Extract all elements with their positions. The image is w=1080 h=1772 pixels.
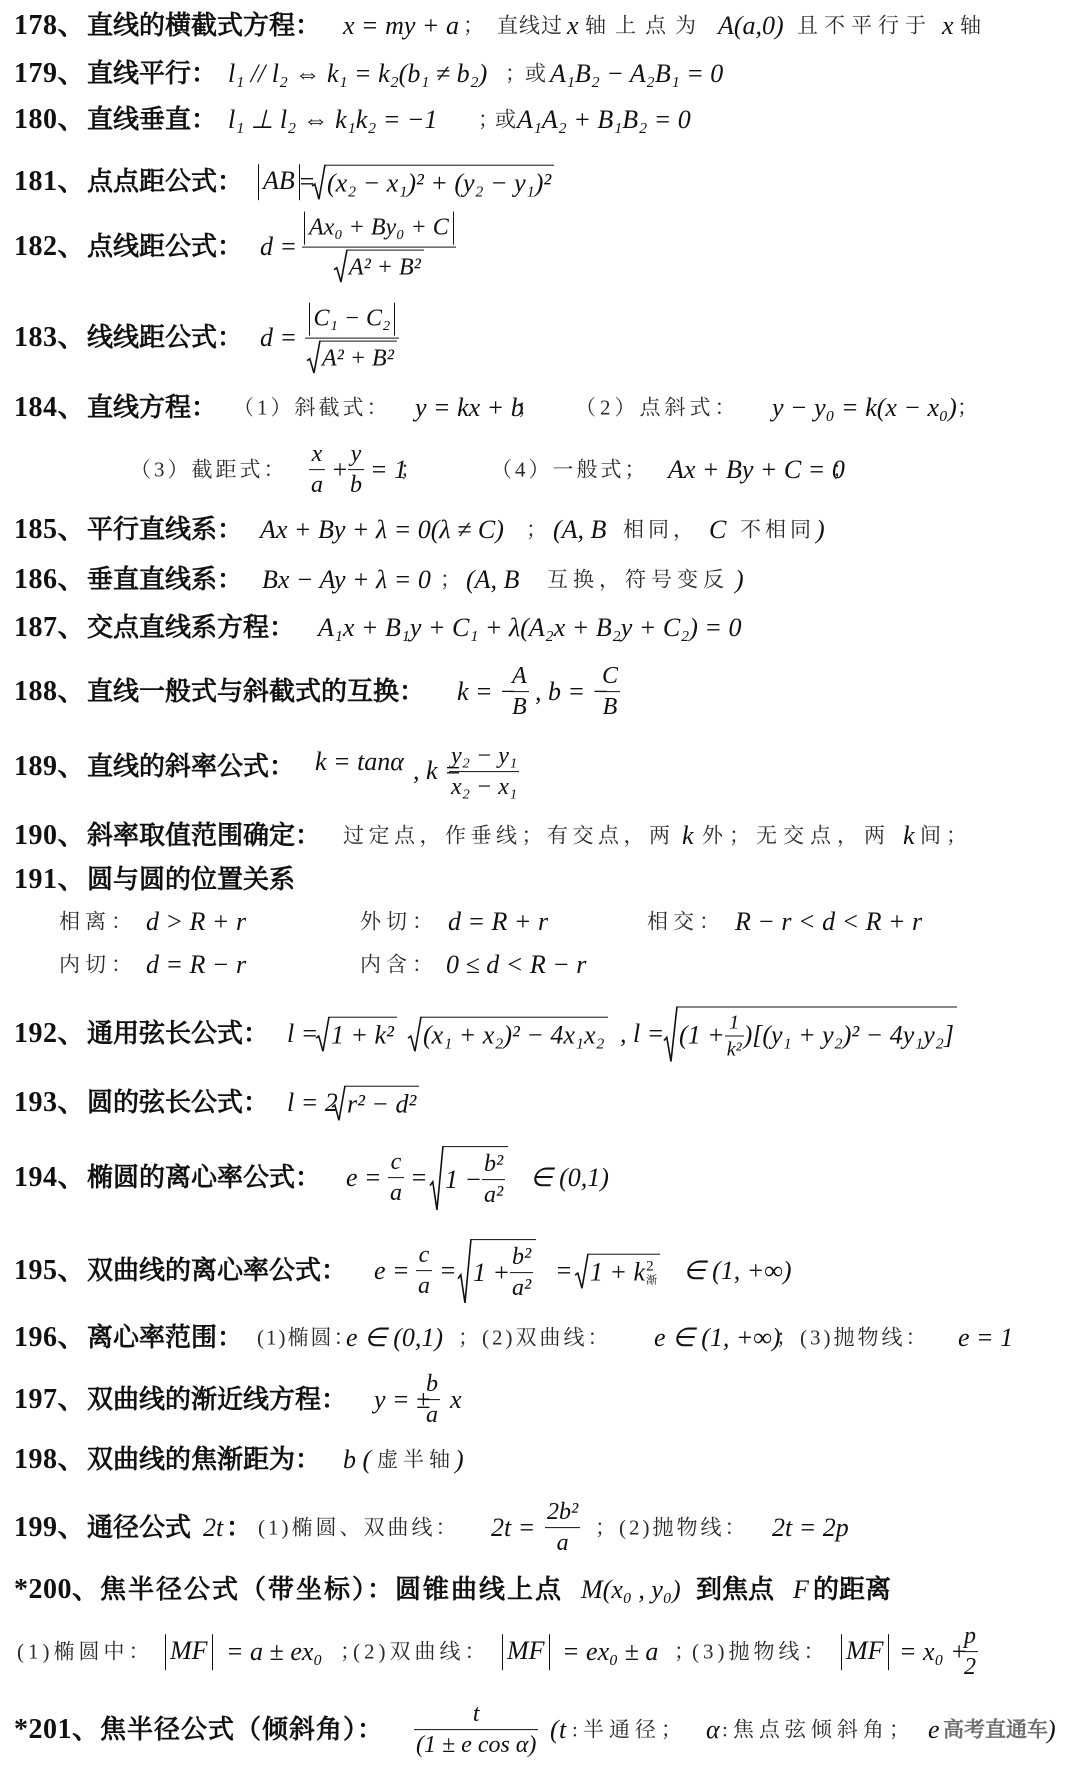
- square-root: 1 − b² a²: [430, 1146, 508, 1210]
- fraction-denominator: x₂ − x₁: [449, 775, 519, 801]
- absolute-value: AB: [258, 164, 300, 200]
- relation-expression: d = R + r: [448, 909, 548, 935]
- math-expression: x: [450, 1387, 462, 1413]
- formula-label: 垂直直线系：: [87, 567, 243, 593]
- fraction-numerator: x: [310, 441, 325, 467]
- text-note: 不相同: [740, 520, 815, 541]
- fraction-bar: [962, 1652, 978, 1653]
- formula-label: 斜率取值范围确定：: [87, 823, 321, 849]
- watermark: 高考直通车: [943, 1720, 1048, 1741]
- fraction: x a: [309, 441, 325, 499]
- math-operator: =: [439, 1258, 457, 1284]
- radicand: A² + B²: [347, 250, 424, 282]
- fraction-denominator: a: [416, 1274, 432, 1300]
- fraction: p 2: [962, 1623, 978, 1681]
- text-note: (1)椭圆中：: [17, 1642, 154, 1663]
- text-note: 间；: [920, 826, 972, 847]
- fraction-denominator: a²: [482, 1183, 505, 1209]
- formula-number: 183、: [14, 324, 86, 352]
- math-expression: e ∈ (1, +∞): [654, 1325, 781, 1351]
- fraction-bar: [302, 247, 456, 248]
- radicand: 1 + b² a²: [471, 1239, 536, 1303]
- math-operator: +: [331, 457, 349, 483]
- fraction-bar: [424, 1400, 440, 1401]
- formula-number: 188、: [14, 678, 86, 706]
- square-root: (1 + 1 k² )[(y₁ + y₂)² − 4y₁y₂]: [664, 1007, 957, 1062]
- math-expression: 2t = 2p: [772, 1515, 849, 1541]
- fraction-numerator: b²: [510, 1244, 533, 1270]
- fraction-bar: [600, 692, 620, 693]
- math-expression: e =: [346, 1165, 382, 1191]
- radicand: (x₂ − x₁)² + (y₂ − y₁)²: [325, 165, 554, 200]
- relation-name: 外切：: [360, 912, 438, 933]
- text-note: 外；无交点，两: [702, 826, 891, 847]
- fraction-denominator: a: [309, 473, 325, 499]
- fraction-bar: [414, 1730, 538, 1731]
- text-note: 轴上点为: [585, 16, 705, 37]
- fraction-bar: [348, 470, 364, 471]
- absolute-value: MF: [502, 1634, 550, 1670]
- fraction: c a: [388, 1149, 404, 1207]
- math-expression: y = kx + b: [415, 395, 524, 421]
- math-expression: e =: [374, 1258, 410, 1284]
- math-expression: 2t =: [491, 1515, 535, 1541]
- math-expression: Ax + By + C = 0: [668, 457, 845, 483]
- fraction: t (1 ± e cos α): [414, 1701, 538, 1759]
- fraction-numerator: b²: [482, 1151, 505, 1177]
- radicand: 1 − b² a²: [443, 1146, 508, 1210]
- fraction-denominator: a: [555, 1531, 571, 1557]
- absolute-value: Ax₀ + By₀ + C: [304, 212, 454, 245]
- formula-number: 184、: [14, 394, 86, 422]
- text-note: 且不平行于: [797, 16, 932, 37]
- text-note: :半通径；: [572, 1720, 687, 1741]
- formula-label: 焦半径公式（倾斜角）：: [100, 1717, 384, 1743]
- radical-sign-icon: [408, 1017, 421, 1052]
- math-operator: =: [555, 1258, 573, 1284]
- radical-sign-icon: [316, 1017, 329, 1052]
- formula-number: 199、: [14, 1514, 86, 1542]
- math-expression: )[(y₁ + y₂)² − 4y₁y₂]: [744, 1022, 954, 1051]
- math-expression: l₁ // l₂ ⇔ k₁ = k₂(b₁ ≠ b₂): [228, 61, 487, 87]
- math-expression: l =: [287, 1021, 318, 1047]
- fraction-numerator: y₂ − y₁: [449, 743, 519, 769]
- math-expression: M(x₀ , y₀): [581, 1577, 681, 1603]
- fraction-denominator: A² + B²: [332, 250, 426, 282]
- relation-name: 内切：: [59, 955, 137, 976]
- fraction-numerator: y: [349, 441, 364, 467]
- formula-label: 线线距公式：: [87, 325, 243, 351]
- fraction: y₂ − y₁ x₂ − x₁: [449, 743, 519, 801]
- text-note: ；: [957, 398, 983, 419]
- formula-label: 直线的横截式方程：: [87, 13, 321, 39]
- text-note: (1)椭圆、双曲线：: [258, 1518, 460, 1539]
- text-note: 虚半轴: [377, 1450, 455, 1471]
- text-note: 过定点，作垂线；有交点，两: [343, 826, 675, 847]
- math-expression: (1 +: [679, 1022, 725, 1051]
- fraction-numerator: Ax₀ + By₀ + C: [302, 212, 456, 245]
- text-note: （2）点斜式：: [575, 398, 740, 419]
- math-expression: = ex₀ ± a: [562, 1639, 658, 1665]
- formula-label: 双曲线的焦渐距为：: [87, 1447, 321, 1473]
- math-expression: k: [682, 823, 694, 849]
- math-expression: A₁x + B₁y + C₁ + λ(A₂x + B₂y + C₂) = 0: [318, 615, 741, 641]
- square-root: r² − d²: [332, 1086, 419, 1121]
- formula-number: 198、: [14, 1446, 86, 1474]
- formula-label: 直线的斜率公式：: [87, 754, 295, 780]
- math-expression: d =: [260, 234, 297, 260]
- formula-number: *200、: [14, 1576, 101, 1604]
- absolute-value: C₁ − C₂: [309, 303, 396, 336]
- fraction: C₁ − C₂ A² + B²: [305, 303, 399, 374]
- fraction-denominator: a²: [510, 1276, 533, 1302]
- math-expression: e: [928, 1717, 940, 1743]
- fraction-bar: [449, 772, 519, 773]
- formula-number: 192、: [14, 1020, 86, 1048]
- fraction-numerator: b: [424, 1371, 440, 1397]
- text-note: 轴: [960, 16, 986, 37]
- formula-number: 196、: [14, 1324, 86, 1352]
- math-expression: C: [709, 517, 726, 543]
- formula-number: 182、: [14, 233, 86, 261]
- fraction-denominator: A² + B²: [305, 341, 399, 373]
- math-expression: = a ± ex₀: [226, 1639, 322, 1665]
- text-note: ；: [517, 398, 543, 419]
- radicand: (x₁ + x₂)² − 4x₁x₂: [421, 1017, 608, 1052]
- math-expression: (A, B: [466, 567, 519, 593]
- math-expression: b (: [343, 1447, 371, 1473]
- relation-name: 相离：: [59, 912, 137, 933]
- square-root: A² + B²: [334, 250, 424, 282]
- fraction-denominator: (1 ± e cos α): [414, 1733, 538, 1759]
- text-note: ；: [440, 570, 466, 591]
- formula-label: 直线一般式与斜截式的互换：: [87, 679, 425, 705]
- math-expression: ): [816, 517, 825, 543]
- formula-label: 点点距公式：: [87, 169, 243, 195]
- fraction-denominator: k²: [725, 1039, 744, 1061]
- fraction: 1 k²: [725, 1012, 744, 1061]
- text-note: (1)椭圆：: [257, 1328, 357, 1349]
- fraction-denominator: B: [601, 695, 620, 721]
- fraction-numerator: p: [962, 1623, 978, 1649]
- square-root: 1 + k 2 渐: [575, 1254, 660, 1289]
- formula-label: 双曲线的离心率公式：: [87, 1258, 347, 1284]
- text-note: 相同，: [623, 520, 698, 541]
- math-expression: ): [455, 1447, 464, 1473]
- math-expression: A₁A₂ + B₁B₂ = 0: [517, 107, 691, 133]
- formula-label: 圆的弦长公式：: [87, 1090, 269, 1116]
- radical-sign-icon: [458, 1239, 471, 1303]
- formula-number: 197、: [14, 1386, 86, 1414]
- fraction-numerator: c: [417, 1242, 432, 1268]
- relation-expression: 0 ≤ d < R − r: [446, 952, 586, 978]
- fraction-denominator: a: [388, 1181, 404, 1207]
- math-expression: e ∈ (0,1): [346, 1325, 443, 1351]
- square-root: (x₁ + x₂)² − 4x₁x₂: [408, 1017, 608, 1052]
- fraction-numerator: C: [600, 663, 620, 689]
- formula-label: 离心率范围：: [87, 1325, 243, 1351]
- fraction: C B: [600, 663, 620, 721]
- text-note: (2)双曲线：: [353, 1642, 490, 1663]
- formula-number: *201、: [14, 1716, 101, 1744]
- radical-sign-icon: [430, 1146, 443, 1210]
- math-expression: Ax + By + λ = 0(λ ≠ C): [260, 517, 504, 543]
- text-note: （4）一般式；: [491, 460, 649, 481]
- math-expression: d =: [260, 325, 297, 351]
- math-expression: k: [903, 823, 915, 849]
- math-expression: , b = −: [535, 679, 609, 705]
- formula-label: 双曲线的渐近线方程：: [87, 1387, 347, 1413]
- fraction-denominator: b: [348, 473, 364, 499]
- fraction-bar: [309, 470, 325, 471]
- radical-sign-icon: [312, 165, 325, 200]
- formula-label: 直线平行：: [87, 61, 217, 87]
- fraction-numerator: c: [389, 1149, 404, 1175]
- relation-name: 内含：: [360, 955, 438, 976]
- square-root: (x₂ − x₁)² + (y₂ − y₁)²: [312, 165, 554, 200]
- radicand: r² − d²: [345, 1086, 419, 1121]
- formula-number: 190、: [14, 822, 86, 850]
- absolute-value: MF: [841, 1634, 889, 1670]
- fraction-bar: [388, 1178, 404, 1179]
- radical-sign-icon: [334, 250, 347, 282]
- radical-sign-icon: [664, 1007, 677, 1062]
- math-expression: Bx − Ay + λ = 0: [262, 567, 431, 593]
- math-expression: x: [567, 13, 579, 39]
- formula-label: 平行直线系：: [87, 517, 243, 543]
- radical-sign-icon: [332, 1086, 345, 1121]
- radical-sign-icon: [575, 1254, 588, 1289]
- math-expression: F: [793, 1577, 809, 1603]
- fraction-bar: [725, 1036, 744, 1037]
- relation-expression: d = R − r: [146, 952, 246, 978]
- math-expression: k = tanα: [315, 749, 404, 775]
- math-expression: 1 +: [473, 1259, 510, 1288]
- formula-label: 焦半径公式（带坐标）：圆锥曲线上点: [100, 1577, 563, 1603]
- math-expression: t: [559, 1717, 566, 1743]
- relation-expression: R − r < d < R + r: [735, 909, 922, 935]
- formula-label: 圆与圆的位置关系: [87, 867, 295, 893]
- math-expression: y = ±: [374, 1387, 430, 1413]
- math-expression: x: [942, 13, 954, 39]
- superscript: 2: [646, 1260, 657, 1275]
- square-root: 1 + k²: [316, 1017, 397, 1052]
- text-note: ；: [526, 520, 552, 541]
- square-root: 1 + b² a²: [458, 1239, 536, 1303]
- fraction-bar: [510, 692, 529, 693]
- math-expression: 1 + k: [590, 1259, 645, 1288]
- radicand: A² + B²: [320, 341, 397, 373]
- text-note: ；: [400, 460, 426, 481]
- fraction: 2b² a: [545, 1499, 580, 1557]
- math-expression: (: [550, 1717, 559, 1743]
- fraction: y b: [348, 441, 364, 499]
- text-note: ；: [463, 16, 489, 37]
- fraction-bar: [545, 1528, 580, 1529]
- math-expression: e = 1: [958, 1325, 1013, 1351]
- text-note: 或: [525, 64, 551, 85]
- formula-number: 185、: [14, 516, 86, 544]
- math-expression: y − y₀ = k(x − x₀): [772, 395, 957, 421]
- radical-sign-icon: [307, 341, 320, 373]
- formula-number: 186、: [14, 566, 86, 594]
- formula-label: 直线垂直：: [87, 107, 217, 133]
- text-note: ；: [832, 460, 858, 481]
- math-expression: 1 −: [445, 1166, 482, 1195]
- formula-number: 193、: [14, 1089, 86, 1117]
- math-expression: l₁ ⊥ l₂ ⇔ k₁k₂ = −1: [228, 107, 437, 133]
- math-expression: ): [735, 567, 744, 593]
- fraction-numerator: 2b²: [545, 1499, 580, 1525]
- fraction-bar: [482, 1180, 505, 1181]
- formula-label: 交点直线系方程：: [87, 615, 295, 641]
- fraction: b² a²: [510, 1244, 533, 1302]
- formula-label: 椭圆的离心率公式：: [87, 1165, 321, 1191]
- formula-label: 通径公式: [87, 1515, 191, 1541]
- fraction-bar: [416, 1271, 432, 1272]
- sub-superscript: 2 渐: [646, 1260, 657, 1286]
- math-expression: (A, B: [553, 517, 606, 543]
- formula-label: 到焦点: [696, 1577, 774, 1603]
- text-note: ；(3)抛物线：: [776, 1328, 930, 1349]
- radicand: 1 + k 2 渐: [588, 1254, 660, 1289]
- math-expression: x = my + a: [343, 13, 459, 39]
- fraction-numerator: A: [510, 663, 529, 689]
- math-expression: A(a,0): [718, 13, 784, 39]
- formula-number: 178、: [14, 12, 86, 40]
- fraction: b² a²: [482, 1151, 505, 1209]
- formula-number: 187、: [14, 614, 86, 642]
- fraction-denominator: 2: [962, 1655, 978, 1681]
- relation-expression: d > R + r: [146, 909, 246, 935]
- formula-label: 通用弦长公式：: [87, 1021, 269, 1047]
- square-root: A² + B²: [307, 341, 397, 373]
- formula-number: 191、: [14, 866, 86, 894]
- math-expression: , l =: [620, 1021, 664, 1047]
- fraction-bar: [305, 338, 399, 339]
- fraction-denominator: B: [510, 695, 529, 721]
- formula-number: 179、: [14, 60, 86, 88]
- formula-label: 直线方程：: [87, 395, 217, 421]
- math-expression: ∈ (0,1): [530, 1165, 609, 1191]
- formula-number: 180、: [14, 106, 86, 134]
- math-expression: k = −: [457, 679, 517, 705]
- math-expression: α: [706, 1717, 720, 1743]
- formula-label: 点线距公式：: [87, 234, 243, 260]
- formula-number: 189、: [14, 753, 86, 781]
- formula-number: 194、: [14, 1164, 86, 1192]
- relation-name: 相交：: [647, 912, 725, 933]
- text-note: ；(2)抛物线：: [595, 1518, 749, 1539]
- radicand: 1 + k²: [329, 1017, 397, 1052]
- absolute-value: MF: [165, 1634, 213, 1670]
- fraction: A B: [510, 663, 529, 721]
- subscript: 渐: [646, 1275, 657, 1286]
- radicand: (1 + 1 k² )[(y₁ + y₂)² − 4y₁y₂]: [677, 1007, 957, 1062]
- math-operator: =: [410, 1165, 428, 1191]
- formula-number: 195、: [14, 1257, 86, 1285]
- fraction-numerator: 1: [727, 1012, 741, 1034]
- text-note: (3)抛物线：: [692, 1642, 829, 1663]
- formula-label: 的距离: [813, 1577, 891, 1603]
- math-expression: ∈ (1, +∞): [683, 1258, 792, 1284]
- text-note: 互换，符号变反: [547, 570, 729, 591]
- text-note: （3）截距式：: [130, 460, 288, 481]
- fraction: b a: [424, 1371, 440, 1429]
- fraction-denominator: a: [424, 1403, 440, 1429]
- math-expression: 2t: [203, 1515, 223, 1541]
- text-note: （1）斜截式：: [233, 398, 391, 419]
- math-expression: = x₀ +: [899, 1639, 968, 1665]
- text-note: ；(2)双曲线：: [458, 1328, 612, 1349]
- math-expression: ): [1047, 1717, 1056, 1743]
- fraction: Ax₀ + By₀ + C A² + B²: [302, 212, 456, 283]
- fraction: c a: [416, 1242, 432, 1300]
- math-expression: l = 2: [287, 1090, 338, 1116]
- text-note: :焦点弦倾斜角；: [722, 1720, 915, 1741]
- text-note: 直线过: [497, 16, 563, 37]
- formula-label-colon: ：: [226, 1515, 252, 1541]
- fraction-numerator: t: [471, 1701, 482, 1727]
- formula-number: 181、: [14, 168, 86, 196]
- math-expression: A₁B₂ − A₂B₁ = 0: [550, 61, 723, 87]
- fraction-bar: [510, 1273, 533, 1274]
- fraction-numerator: C₁ − C₂: [307, 303, 398, 336]
